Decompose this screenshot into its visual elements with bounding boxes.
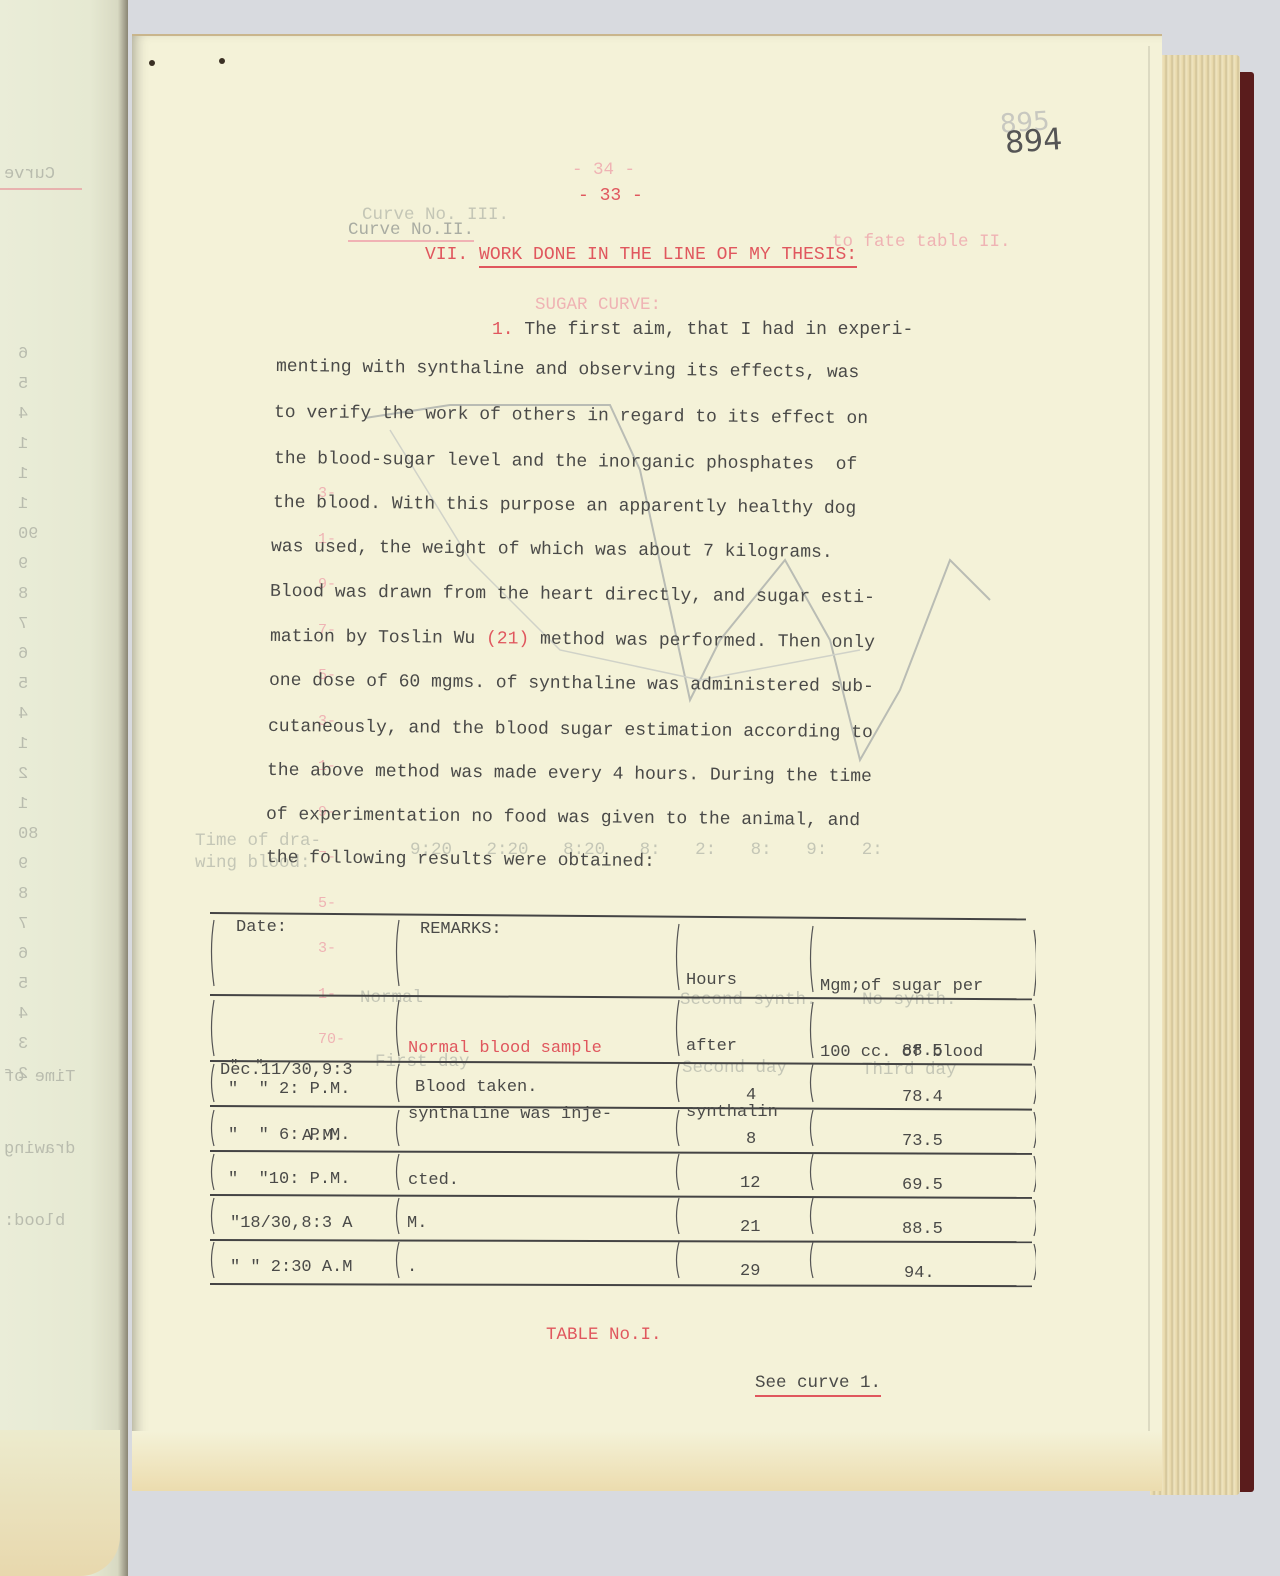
row-2-sugar: 78.4 [902,1088,943,1107]
paragraph-line: the following results were obtained: [266,848,655,872]
row-6-hours: 29 [740,1262,760,1281]
section-title: WORK DONE IN THE LINE OF MY THESIS: [479,245,857,268]
page-number: - 33 - [578,186,643,206]
row-5-date: "18/30,8:3 A [230,1214,352,1233]
row-1-date: Dec.11/30,9:3 A.M. [220,1016,353,1192]
row-2-ditto: " " [230,1058,264,1074]
section-heading: VII. WORK DONE IN THE LINE OF MY THESIS: [425,245,857,265]
row-2-hours: 4 [746,1086,756,1105]
row-1-sugar: 88.5 [902,1042,943,1061]
row-5-sugar: 88.5 [902,1220,943,1239]
row-5-hours: 21 [740,1218,760,1237]
paragraph-line: 1. The first aim, that I had in experi- [492,320,913,340]
citation-reference: (21) [486,629,529,649]
row-4-hours: 12 [740,1174,760,1193]
header-remarks: REMARKS: [420,920,502,939]
header-date: Date: [236,918,287,937]
row-3-hours: 8 [746,1130,756,1149]
header-hours: Hours after synthalin [686,926,778,1168]
row-6-remarks: . [407,1258,417,1277]
row-1-remarks: Normal blood sample synthaline was inje-… [408,994,612,1236]
row-3-date: " " 6: P.M. [228,1126,350,1145]
row-2-remarks: Blood taken. [415,1078,537,1097]
row-4-sugar: 69.5 [902,1176,943,1195]
row-6-sugar: 94. [904,1264,935,1283]
row-6-date: " " 2:30 A.M [230,1258,352,1277]
see-curve-reference: See curve 1. [755,1373,881,1397]
table-caption: TABLE No.I. [546,1325,662,1345]
row-2-date: " " 2: P.M. [228,1080,350,1099]
header-sugar: Mgm;of sugar per 100 cc. of blood [820,932,983,1108]
paragraph-item-number: 1. [492,320,514,340]
row-5-remarks: M. [407,1214,427,1233]
row-3-sugar: 73.5 [902,1132,943,1151]
ghost-sugar-curve: SUGAR CURVE: [535,295,661,315]
curve-caption-bleed: Curve No.II. [348,220,474,242]
ghost-page-number: - 34 - [572,160,635,180]
ghost-right-note: to fate table II. [832,232,1011,252]
row-4-date: " "10: P.M. [228,1170,350,1189]
section-number: VII. [425,245,468,265]
